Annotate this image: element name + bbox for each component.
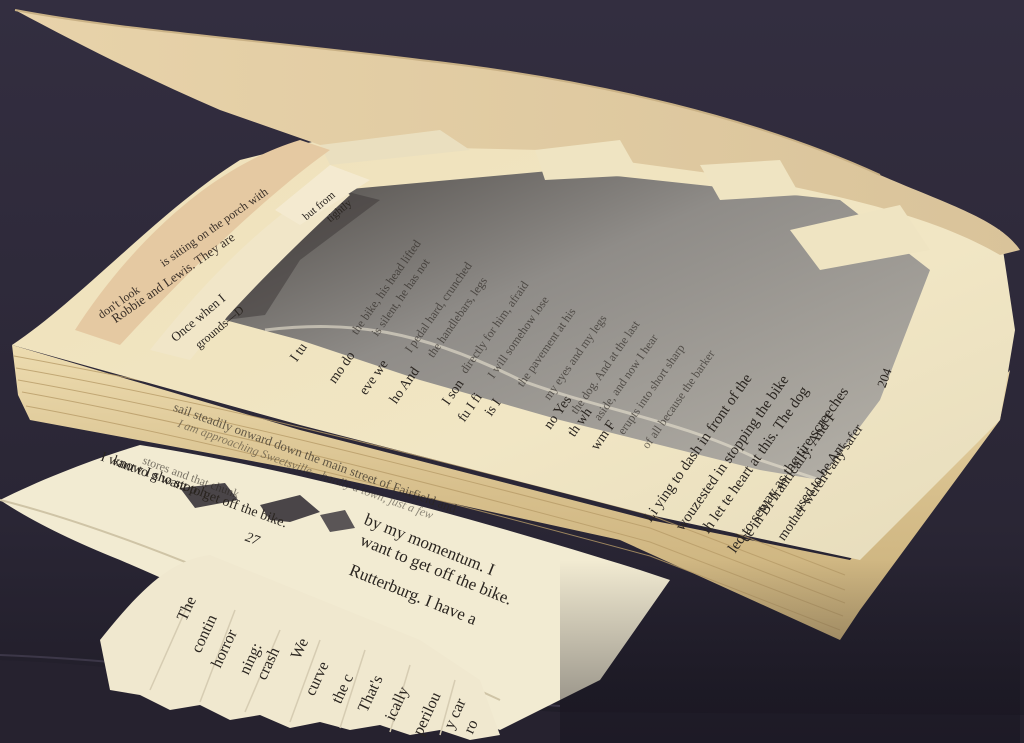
fringe-word: We	[288, 636, 313, 663]
fringe-word: ro	[461, 717, 483, 737]
floor-shadow	[560, 560, 1020, 743]
fringe-word: the c	[329, 671, 358, 706]
fringe-word: That's	[355, 673, 388, 715]
fringe-word: perilou	[410, 690, 445, 739]
fringe-word: ically	[382, 684, 413, 724]
fringe-word: The	[174, 594, 201, 624]
fringe-word: curve	[302, 659, 333, 699]
